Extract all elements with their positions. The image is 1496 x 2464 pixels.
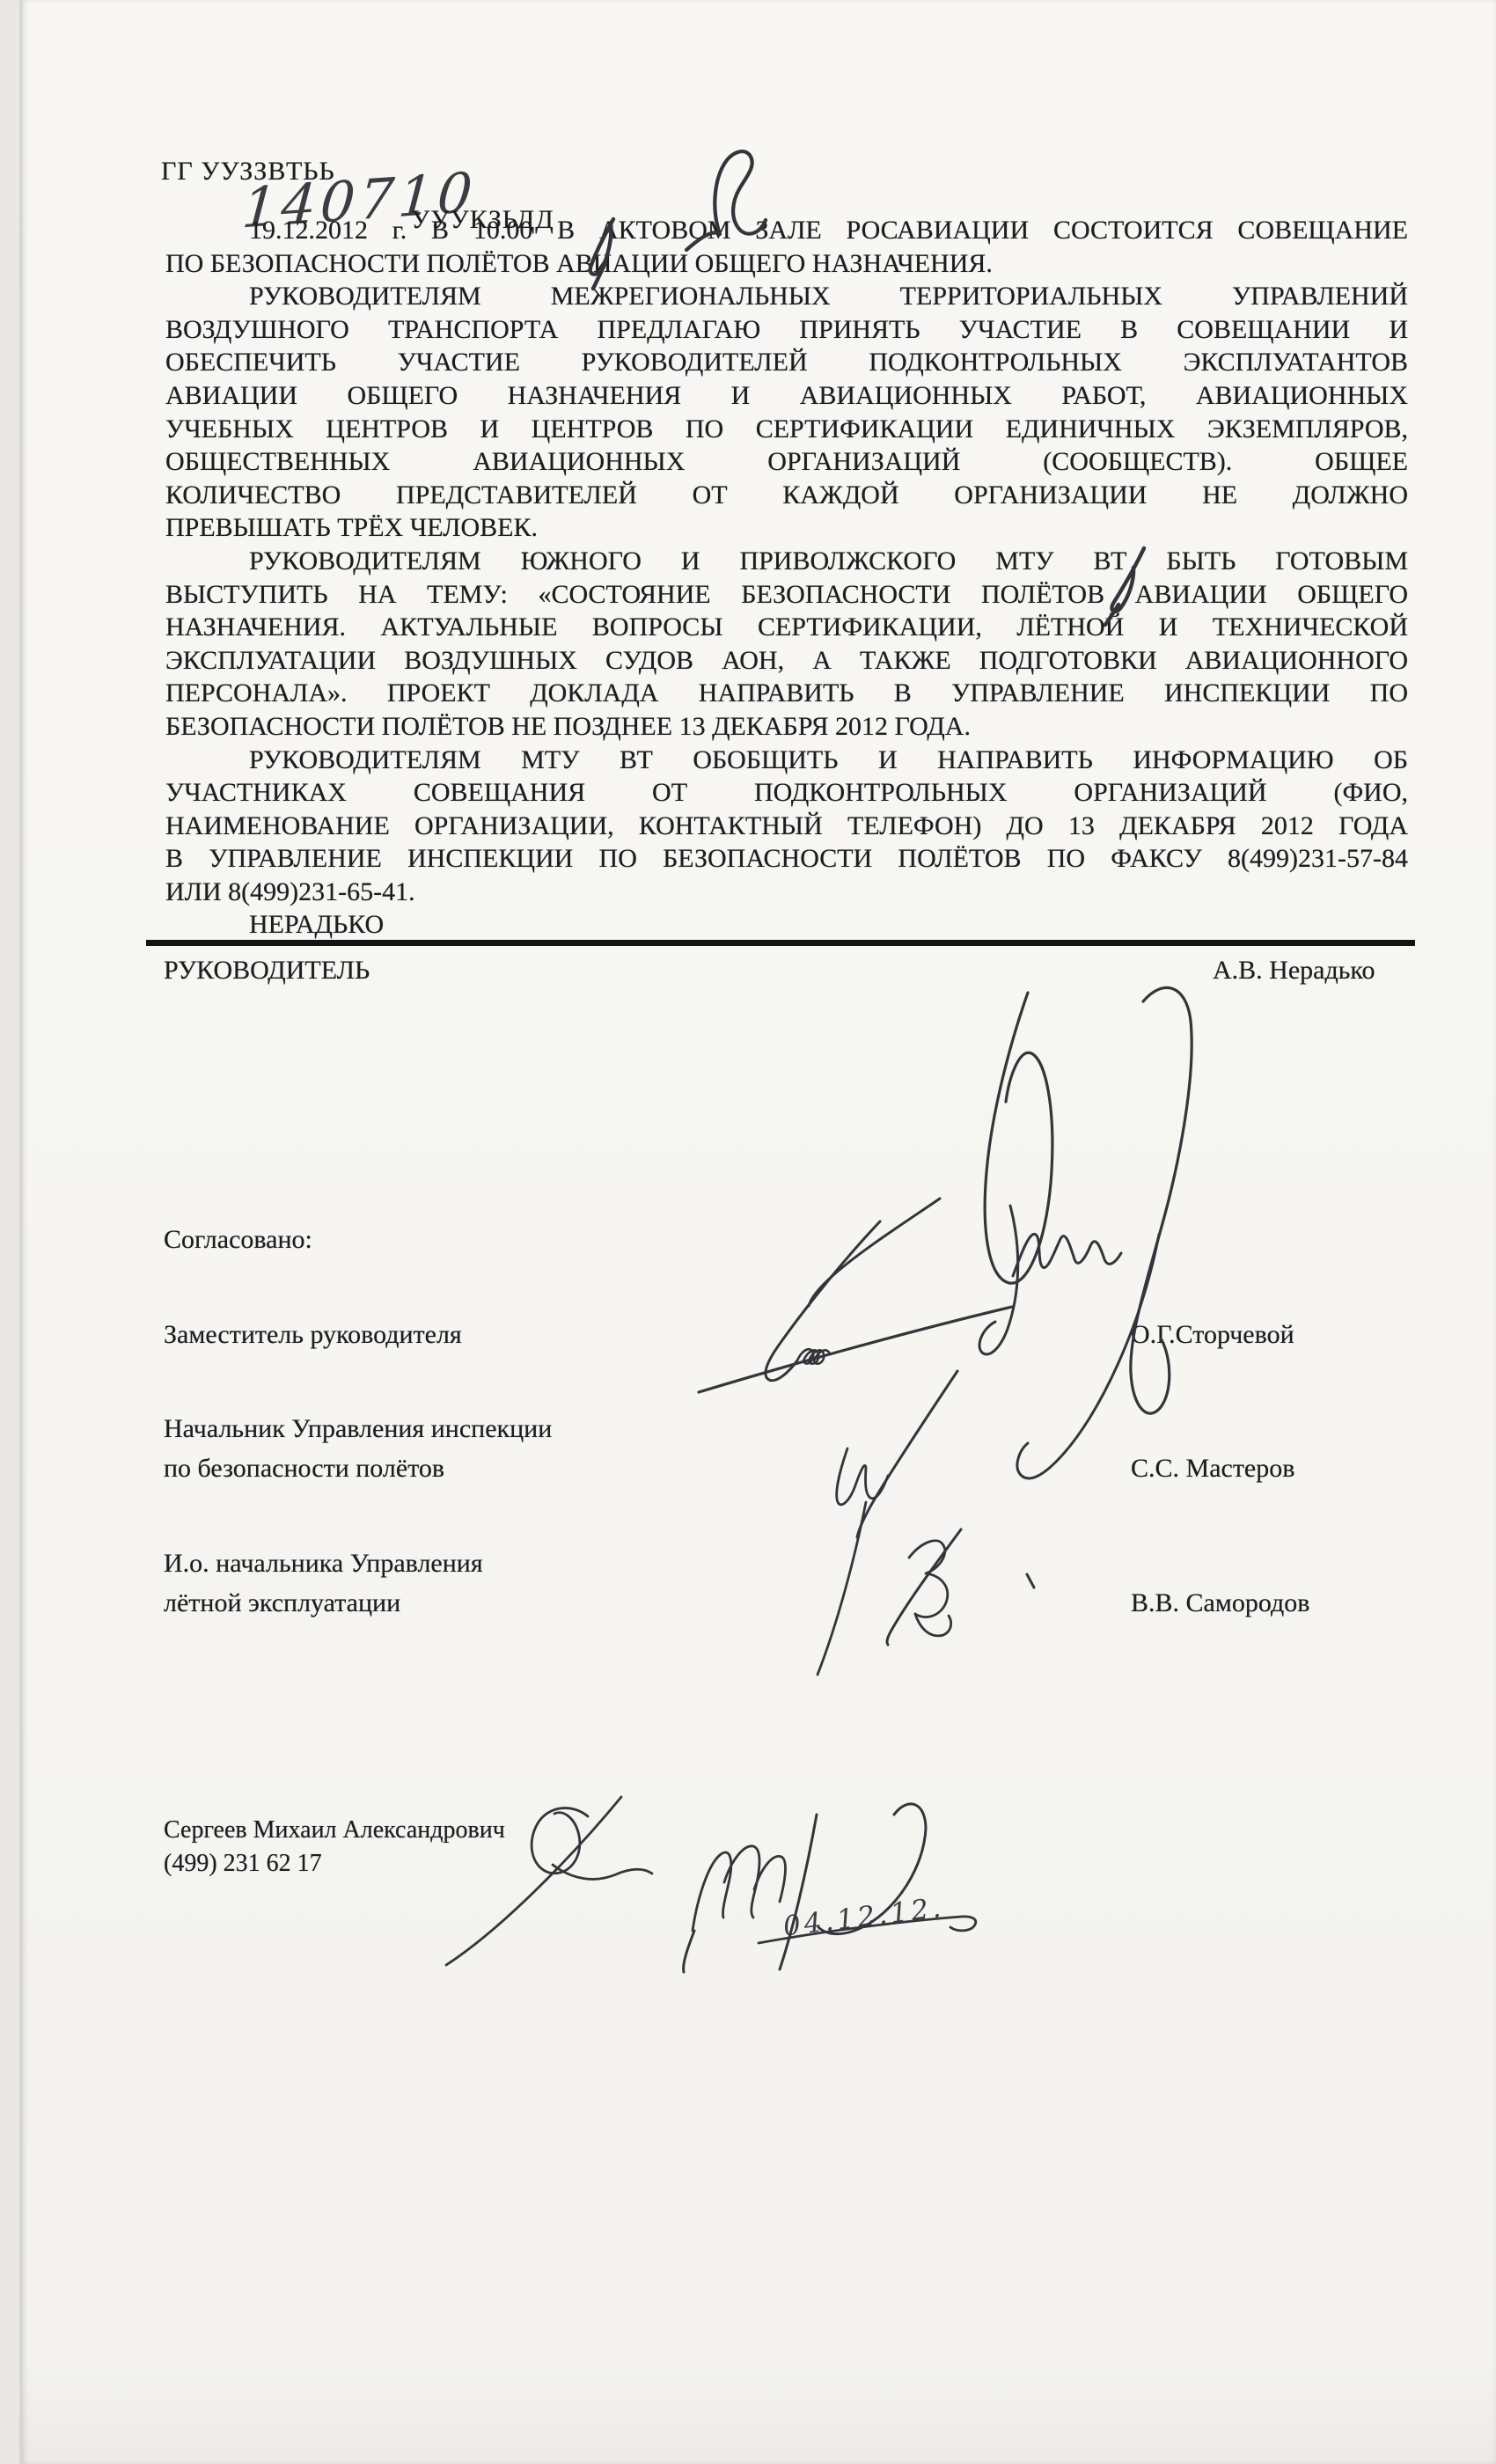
paper-left-edge: [19, 0, 22, 2464]
approval-name: С.С. Мастеров: [1131, 1454, 1294, 1484]
approval-name: О.Г.Сторчевой: [1131, 1320, 1294, 1350]
body-line: КОЛИЧЕСТВО ПРЕДСТАВИТЕЛЕЙ ОТ КАЖДОЙ ОРГА…: [165, 479, 1408, 512]
body-line: 19.12.2012 г. В 10.00 В АКТОВОМ ЗАЛЕ РОС…: [165, 214, 1408, 247]
approval-position: Начальник Управления инспекции: [164, 1414, 552, 1444]
body-line: ЭКСПЛУАТАЦИИ ВОЗДУШНЫХ СУДОВ АОН, А ТАКЖ…: [165, 644, 1408, 678]
body-line: ПЕРСОНАЛА». ПРОЕКТ ДОКЛАДА НАПРАВИТЬ В У…: [165, 677, 1408, 710]
body-line: ПО БЕЗОПАСНОСТИ ПОЛЁТОВ АВИАЦИИ ОБЩЕГО Н…: [165, 247, 1408, 281]
body-text: 19.12.2012 г. В 10.00 В АКТОВОМ ЗАЛЕ РОС…: [165, 214, 1408, 942]
body-line: АВИАЦИИ ОБЩЕГО НАЗНАЧЕНИЯ И АВИАЦИОННЫХ …: [165, 379, 1408, 413]
body-line: УЧЕБНЫХ ЦЕНТРОВ И ЦЕНТРОВ ПО СЕРТИФИКАЦИ…: [165, 413, 1408, 446]
body-line: БЕЗОПАСНОСТИ ПОЛЁТОВ НЕ ПОЗДНЕЕ 13 ДЕКАБ…: [165, 710, 1408, 744]
body-line: ВОЗДУШНОГО ТРАНСПОРТА ПРЕДЛАГАЮ ПРИНЯТЬ …: [165, 313, 1408, 347]
approval-position: Заместитель руководителя: [164, 1320, 462, 1350]
approval-position: лётной эксплуатации: [164, 1588, 400, 1618]
signatory-title: РУКОВОДИТЕЛЬ: [164, 956, 370, 986]
body-line: УЧАСТНИКАХ СОВЕЩАНИЯ ОТ ПОДКОНТРОЛЬНЫХ О…: [165, 776, 1408, 810]
body-line: ВЫСТУПИТЬ НА ТЕМУ: «СОСТОЯНИЕ БЕЗОПАСНОС…: [165, 578, 1408, 612]
body-line: НАИМЕНОВАНИЕ ОРГАНИЗАЦИИ, КОНТАКТНЫЙ ТЕЛ…: [165, 810, 1408, 843]
body-line: РУКОВОДИТЕЛЯМ МТУ ВТ ОБОБЩИТЬ И НАПРАВИТ…: [165, 744, 1408, 777]
body-line: ПРЕВЫШАТЬ ТРЁХ ЧЕЛОВЕК.: [165, 511, 1408, 545]
scanned-document-page: ГГ УУЗЗВТЬЬ 140710 УУУКЗЬДД 19.12.2012 г…: [0, 0, 1496, 2464]
body-line: ОБЕСПЕЧИТЬ УЧАСТИЕ РУКОВОДИТЕЛЕЙ ПОДКОНТ…: [165, 346, 1408, 379]
contact-phone: (499) 231 62 17: [164, 1850, 322, 1878]
body-line: В УПРАВЛЕНИЕ ИНСПЕКЦИИ ПО БЕЗОПАСНОСТИ П…: [165, 842, 1408, 876]
signatory-name: А.В. Нерадько: [1213, 956, 1375, 986]
approval-name: В.В. Самородов: [1131, 1588, 1309, 1618]
separator-rule: [146, 940, 1415, 946]
body-line: РУКОВОДИТЕЛЯМ ЮЖНОГО И ПРИВОЛЖСКОГО МТУ …: [165, 545, 1408, 578]
body-line: ОБЩЕСТВЕННЫХ АВИАЦИОННЫХ ОРГАНИЗАЦИЙ (СО…: [165, 445, 1408, 479]
approval-position: по безопасности полётов: [164, 1454, 444, 1484]
body-line: НАЗНАЧЕНИЯ. АКТУАЛЬНЫЕ ВОПРОСЫ СЕРТИФИКА…: [165, 611, 1408, 644]
contact-person-name: Сергеев Михаил Александрович: [164, 1816, 505, 1844]
body-line: РУКОВОДИТЕЛЯМ МЕЖРЕГИОНАЛЬНЫХ ТЕРРИТОРИА…: [165, 280, 1408, 313]
approval-position: И.о. начальника Управления: [164, 1549, 483, 1579]
body-line: ИЛИ 8(499)231-65-41.: [165, 876, 1408, 909]
approvals-label: Согласовано:: [164, 1225, 312, 1255]
sender-surname-line: НЕРАДЬКО: [165, 908, 1408, 942]
